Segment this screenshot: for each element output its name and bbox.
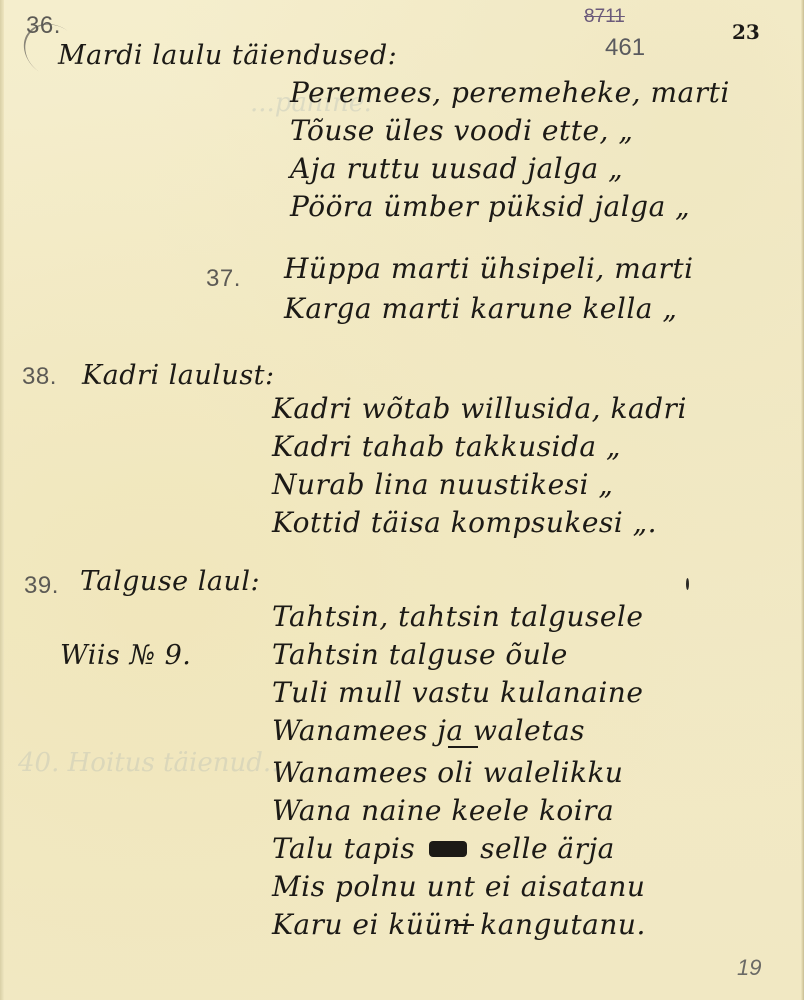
section-number-39: 39. (24, 572, 59, 600)
archive-number: 461 (605, 34, 645, 62)
verse-line: Wanamees ja waletas (272, 714, 585, 747)
verse-line: Wanamees oli walelikku (272, 756, 623, 789)
crossed-out-word (429, 841, 467, 857)
verse-text: selle ärja (480, 832, 615, 865)
section-heading-36: Mardi laulu täiendused: (58, 40, 397, 71)
verse-line: Tahtsin talguse õule (272, 638, 568, 671)
verse-line: Pööra ümber püksid jalga „ (290, 190, 690, 223)
verse-line: Aja ruttu uusad jalga „ (290, 152, 623, 185)
verse-line: Karga marti karune kella „ (284, 292, 677, 325)
section-heading-39: Talguse laul: (80, 566, 260, 597)
section-heading-38: Kadri laulust: (82, 360, 275, 391)
verse-line: Peremees, peremeheke, marti (290, 76, 730, 109)
underline-mark (448, 746, 478, 748)
tune-reference: Wiis № 9. (60, 640, 191, 671)
verse-line: Mis polnu unt ei aisatanu (272, 870, 645, 903)
underline-mark (454, 924, 474, 926)
verse-line: Kadri tahab takkusida „ (272, 430, 621, 463)
verse-line: Tõuse üles voodi ette, „ (290, 114, 633, 147)
ink-speck (686, 578, 689, 590)
verse-line: Kottid täisa kompsukesi „. (272, 506, 657, 539)
verse-line: Tuli mull vastu kulanaine (272, 676, 643, 709)
verse-line: Kadri wõtab willusida, kadri (272, 392, 687, 425)
section-number-38: 38. (22, 363, 57, 391)
bleed-through-text: 40. Hoitus täienud... (18, 748, 288, 778)
folio-mark: 19 (737, 955, 761, 981)
verse-line: Tahtsin, tahtsin talgusele (272, 600, 643, 633)
verse-line: Hüppa marti ühsipeli, marti (284, 252, 694, 285)
archive-number-struck: 8711 (584, 6, 625, 28)
page-number: 23 (732, 20, 760, 44)
page-left-edge (0, 0, 4, 1000)
manuscript-page: ...pahine: 40. Hoitus täienud... 8711 46… (0, 0, 804, 1000)
verse-line: Nurab lina nuustikesi „ (272, 468, 613, 501)
verse-line: Wana naine keele koira (272, 794, 614, 827)
verse-text: Talu tapis (272, 832, 415, 865)
verse-line-with-correction: Talu tapis selle ärja (272, 832, 615, 865)
section-number-37: 37. (206, 265, 241, 293)
